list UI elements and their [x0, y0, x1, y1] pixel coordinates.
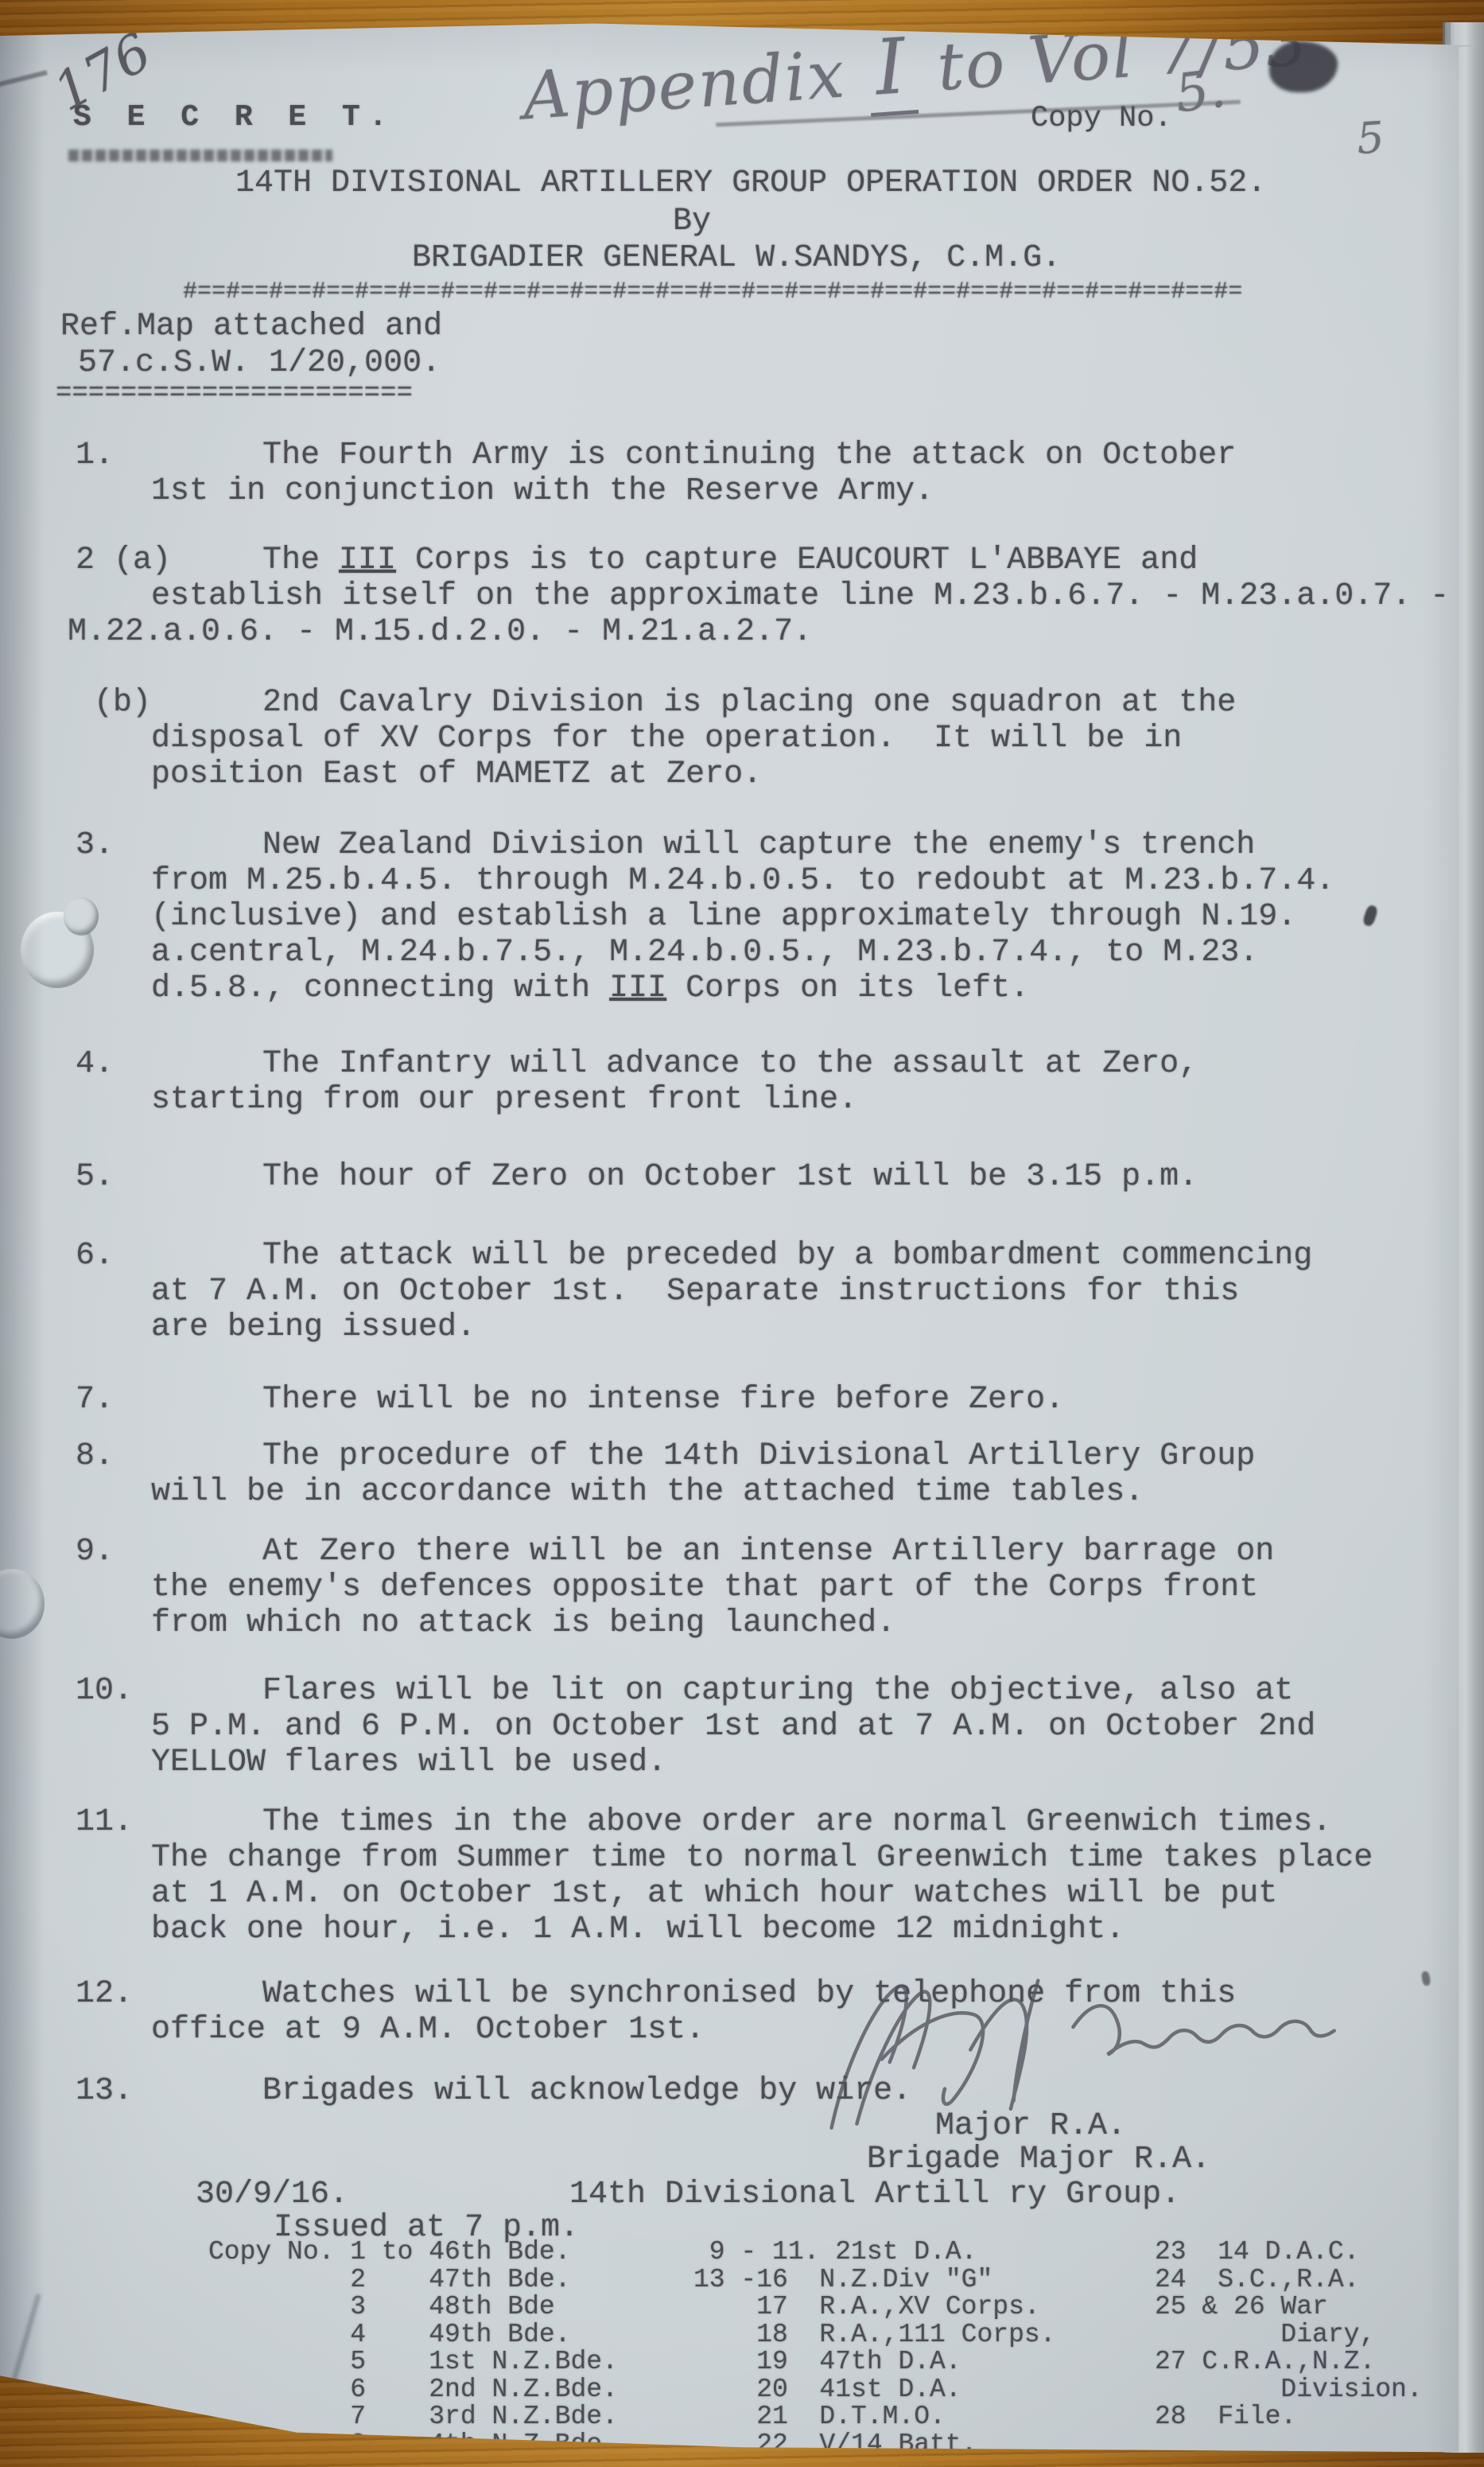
paragraph-line: YELLOW flares will be used. [0, 1745, 1484, 1780]
paragraph-number: 4. [76, 1046, 114, 1082]
paragraph-1: 1.The Fourth Army is continuing the atta… [0, 438, 1484, 509]
paragraph-line: starting from our present front line. [0, 1082, 1484, 1118]
paragraph-line: will be in accordance with the attached … [0, 1474, 1484, 1510]
order-title: 14TH DIVISIONAL ARTILLERY GROUP OPERATIO… [235, 165, 1266, 201]
paragraph-line: from M.25.b.4.5. through M.24.b.0.5. to … [0, 863, 1484, 899]
distribution-entry: Diary, [1155, 2321, 1423, 2349]
officer-name: BRIGADIER GENERAL W.SANDYS, C.M.G. [412, 240, 1061, 276]
distribution-column-1: Copy No. 1 to 46th Bde. 2 47th Bde. 3 48… [208, 2239, 618, 2458]
distribution-entry: 23 14 D.A.C. [1155, 2239, 1423, 2267]
appendix-roman-numeral: I [864, 21, 919, 117]
distribution-entry: 6 2nd N.Z.Bde. [208, 2376, 618, 2404]
paragraph-line: 1st in conjunction with the Reserve Army… [0, 473, 1484, 509]
paragraph-number: 3. [76, 827, 114, 863]
document-page: 176 S E C R E T. Appendix I to Vol 7/53 … [0, 0, 1484, 2467]
order-paragraphs: 1.The Fourth Army is continuing the atta… [0, 430, 1484, 2109]
paragraph-10: 10.Flares will be lit on capturing the o… [0, 1673, 1484, 1780]
distribution-entry: 24 S.C.,R.A. [1155, 2267, 1423, 2294]
paragraph-line: The change from Summer time to normal Gr… [0, 1840, 1484, 1876]
paragraph-number: 5. [76, 1159, 114, 1195]
distribution-entry: 17 R.A.,XV Corps. [693, 2294, 1055, 2321]
signatory-appointment: Brigade Major R.A. [867, 2142, 1210, 2177]
paragraph-number: 13. [76, 2073, 133, 2109]
paper-crease [0, 2294, 41, 2448]
classification-underline-smudge [68, 150, 332, 161]
appendix-post: to Vol 7/53 [913, 5, 1311, 107]
paragraph-line: back one hour, i.e. 1 A.M. will become 1… [0, 1912, 1484, 1948]
paragraph-line: The III Corps is to capture EAUCOURT L'A… [0, 543, 1484, 578]
paragraph-line: The hour of Zero on October 1st will be … [0, 1159, 1484, 1195]
paragraph-line: the enemy's defences opposite that part … [0, 1570, 1484, 1605]
paragraph-number: 12. [76, 1976, 133, 2012]
paragraph-2a: 2 (a)The III Corps is to capture EAUCOUR… [0, 543, 1484, 650]
paragraph-3: 3.New Zealand Division will capture the … [0, 827, 1484, 1006]
distribution-entry: 2 47th Bde. [208, 2267, 618, 2294]
distribution-entry: 28 File. [1155, 2403, 1423, 2431]
paragraph-number: 7. [76, 1382, 114, 1418]
paragraph-line: at 1 A.M. on October 1st, at which hour … [0, 1876, 1484, 1912]
issuing-unit: 14th Divisional Artill ry Group. [569, 2177, 1180, 2212]
distribution-entry: 4 49th Bde. [208, 2321, 618, 2349]
reference-underline: ====================== [56, 379, 413, 409]
distribution-entry: Copy No. 1 to 46th Bde. [208, 2239, 618, 2267]
distribution-column-3: 23 14 D.A.C.24 S.C.,R.A.25 & 26 War Diar… [1155, 2239, 1423, 2431]
paragraph-number: 11. [76, 1804, 133, 1840]
paragraph-number: (b) [94, 685, 151, 721]
paragraph-number: 8. [76, 1438, 114, 1474]
paragraph-line: are being issued. [0, 1309, 1484, 1345]
ink-blot [1269, 41, 1338, 92]
pencil-dash-mark [0, 70, 48, 88]
distribution-entry: 22 V/14 Batt. [693, 2431, 1055, 2459]
distribution-entry: Division. [1155, 2376, 1423, 2404]
paragraph-number: 2 (a) [76, 543, 171, 578]
paragraph-line: 2nd Cavalry Division is placing one squa… [0, 685, 1484, 721]
signatory-rank: Major R.A. [935, 2108, 1126, 2144]
distribution-entry: 8 4th N.Z.Bde. [208, 2431, 618, 2459]
distribution-entry: 19 47th D.A. [693, 2348, 1055, 2376]
paragraph-line: 5 P.M. and 6 P.M. on October 1st and at … [0, 1709, 1484, 1745]
paragraph-line: Flares will be lit on capturing the obje… [0, 1673, 1484, 1709]
paragraph-11: 11.The times in the above order are norm… [0, 1804, 1484, 1948]
distribution-entry: 25 & 26 War [1155, 2294, 1423, 2321]
paragraph-4: 4.The Infantry will advance to the assau… [0, 1046, 1484, 1118]
paragraph-line: at 7 A.M. on October 1st. Separate instr… [0, 1274, 1484, 1309]
distribution-entry: 13 -16 N.Z.Div "G" [693, 2267, 1055, 2294]
paragraph-6: 6.The attack will be preceded by a bomba… [0, 1238, 1484, 1345]
paragraph-line: At Zero there will be an intense Artille… [0, 1534, 1484, 1570]
distribution-entry: 5 1st N.Z.Bde. [208, 2348, 618, 2376]
paragraph-line: (inclusive) and establish a line approxi… [0, 899, 1484, 935]
scanned-document-photo: { "header": { "stamp_number": "176", "cl… [0, 0, 1484, 2467]
paper-blister-mark [21, 912, 94, 988]
paragraph-number: 10. [76, 1673, 133, 1709]
paragraph-line: disposal of XV Corps for the operation. … [0, 721, 1484, 757]
distribution-entry: 20 41st D.A. [693, 2376, 1055, 2404]
classification-label: S E C R E T. [73, 100, 396, 134]
map-reference-line2: 57.c.S.W. 1/20,000. [78, 345, 441, 381]
paragraph-line: from which no attack is being launched. [0, 1605, 1484, 1641]
distribution-entry: 27 C.R.A.,N.Z. [1155, 2348, 1423, 2376]
distribution-entry: 18 R.A.,111 Corps. [693, 2321, 1055, 2349]
paragraph-line: The Fourth Army is continuing the attack… [0, 438, 1484, 473]
paragraph-line: The procedure of the 14th Divisional Art… [0, 1438, 1484, 1474]
distribution-entry: 9 - 11. 21st D.A. [693, 2239, 1055, 2267]
decorative-rule: #==#==#==#==#==#==#==#==#==#==#==#==#==#… [183, 278, 1242, 305]
distribution-entry: 7 3rd N.Z.Bde. [208, 2403, 618, 2431]
paragraph-number: 1. [76, 438, 114, 473]
paragraph-line: d.5.8., connecting with III Corps on its… [0, 971, 1484, 1006]
distribution-entry: 3 48th Bde [208, 2294, 618, 2321]
paragraph-line: establish itself on the approximate line… [0, 578, 1484, 614]
paragraph-number: 9. [76, 1534, 114, 1570]
paragraph-line: The Infantry will advance to the assault… [0, 1046, 1484, 1082]
distribution-entry: 21 D.T.M.O. [693, 2403, 1055, 2431]
paragraph-line: position East of MAMETZ at Zero. [0, 757, 1484, 792]
copy-number-value: 5. [1172, 57, 1230, 124]
paragraph-line: The attack will be preceded by a bombard… [0, 1238, 1484, 1274]
paragraph-7: 7.There will be no intense fire before Z… [0, 1382, 1484, 1418]
paragraph-9: 9.At Zero there will be an intense Artil… [0, 1534, 1484, 1641]
handwritten-page-number: 5 [1355, 112, 1386, 164]
distribution-column-2: 9 - 11. 21st D.A.13 -16 N.Z.Div "G" 17 R… [693, 2239, 1055, 2458]
paragraph-b: (b)2nd Cavalry Division is placing one s… [0, 685, 1484, 792]
paragraph-8: 8.The procedure of the 14th Divisional A… [0, 1438, 1484, 1510]
paragraph-line: M.22.a.0.6. - M.15.d.2.0. - M.21.a.2.7. [0, 614, 1484, 650]
paragraph-number: 6. [76, 1238, 114, 1274]
by-line: By [673, 204, 711, 239]
map-reference-line1: Ref.Map attached and [60, 309, 442, 344]
order-date: 30/9/16. [196, 2177, 348, 2212]
paragraph-line: There will be no intense fire before Zer… [0, 1382, 1484, 1418]
copy-number-label: Copy No. [1031, 102, 1172, 135]
paragraph-line: a.central, M.24.b.7.5., M.24.b.0.5., M.2… [0, 935, 1484, 971]
paragraph-line: New Zealand Division will capture the en… [0, 827, 1484, 863]
paragraph-5: 5.The hour of Zero on October 1st will b… [0, 1159, 1484, 1195]
paragraph-line: The times in the above order are normal … [0, 1804, 1484, 1840]
